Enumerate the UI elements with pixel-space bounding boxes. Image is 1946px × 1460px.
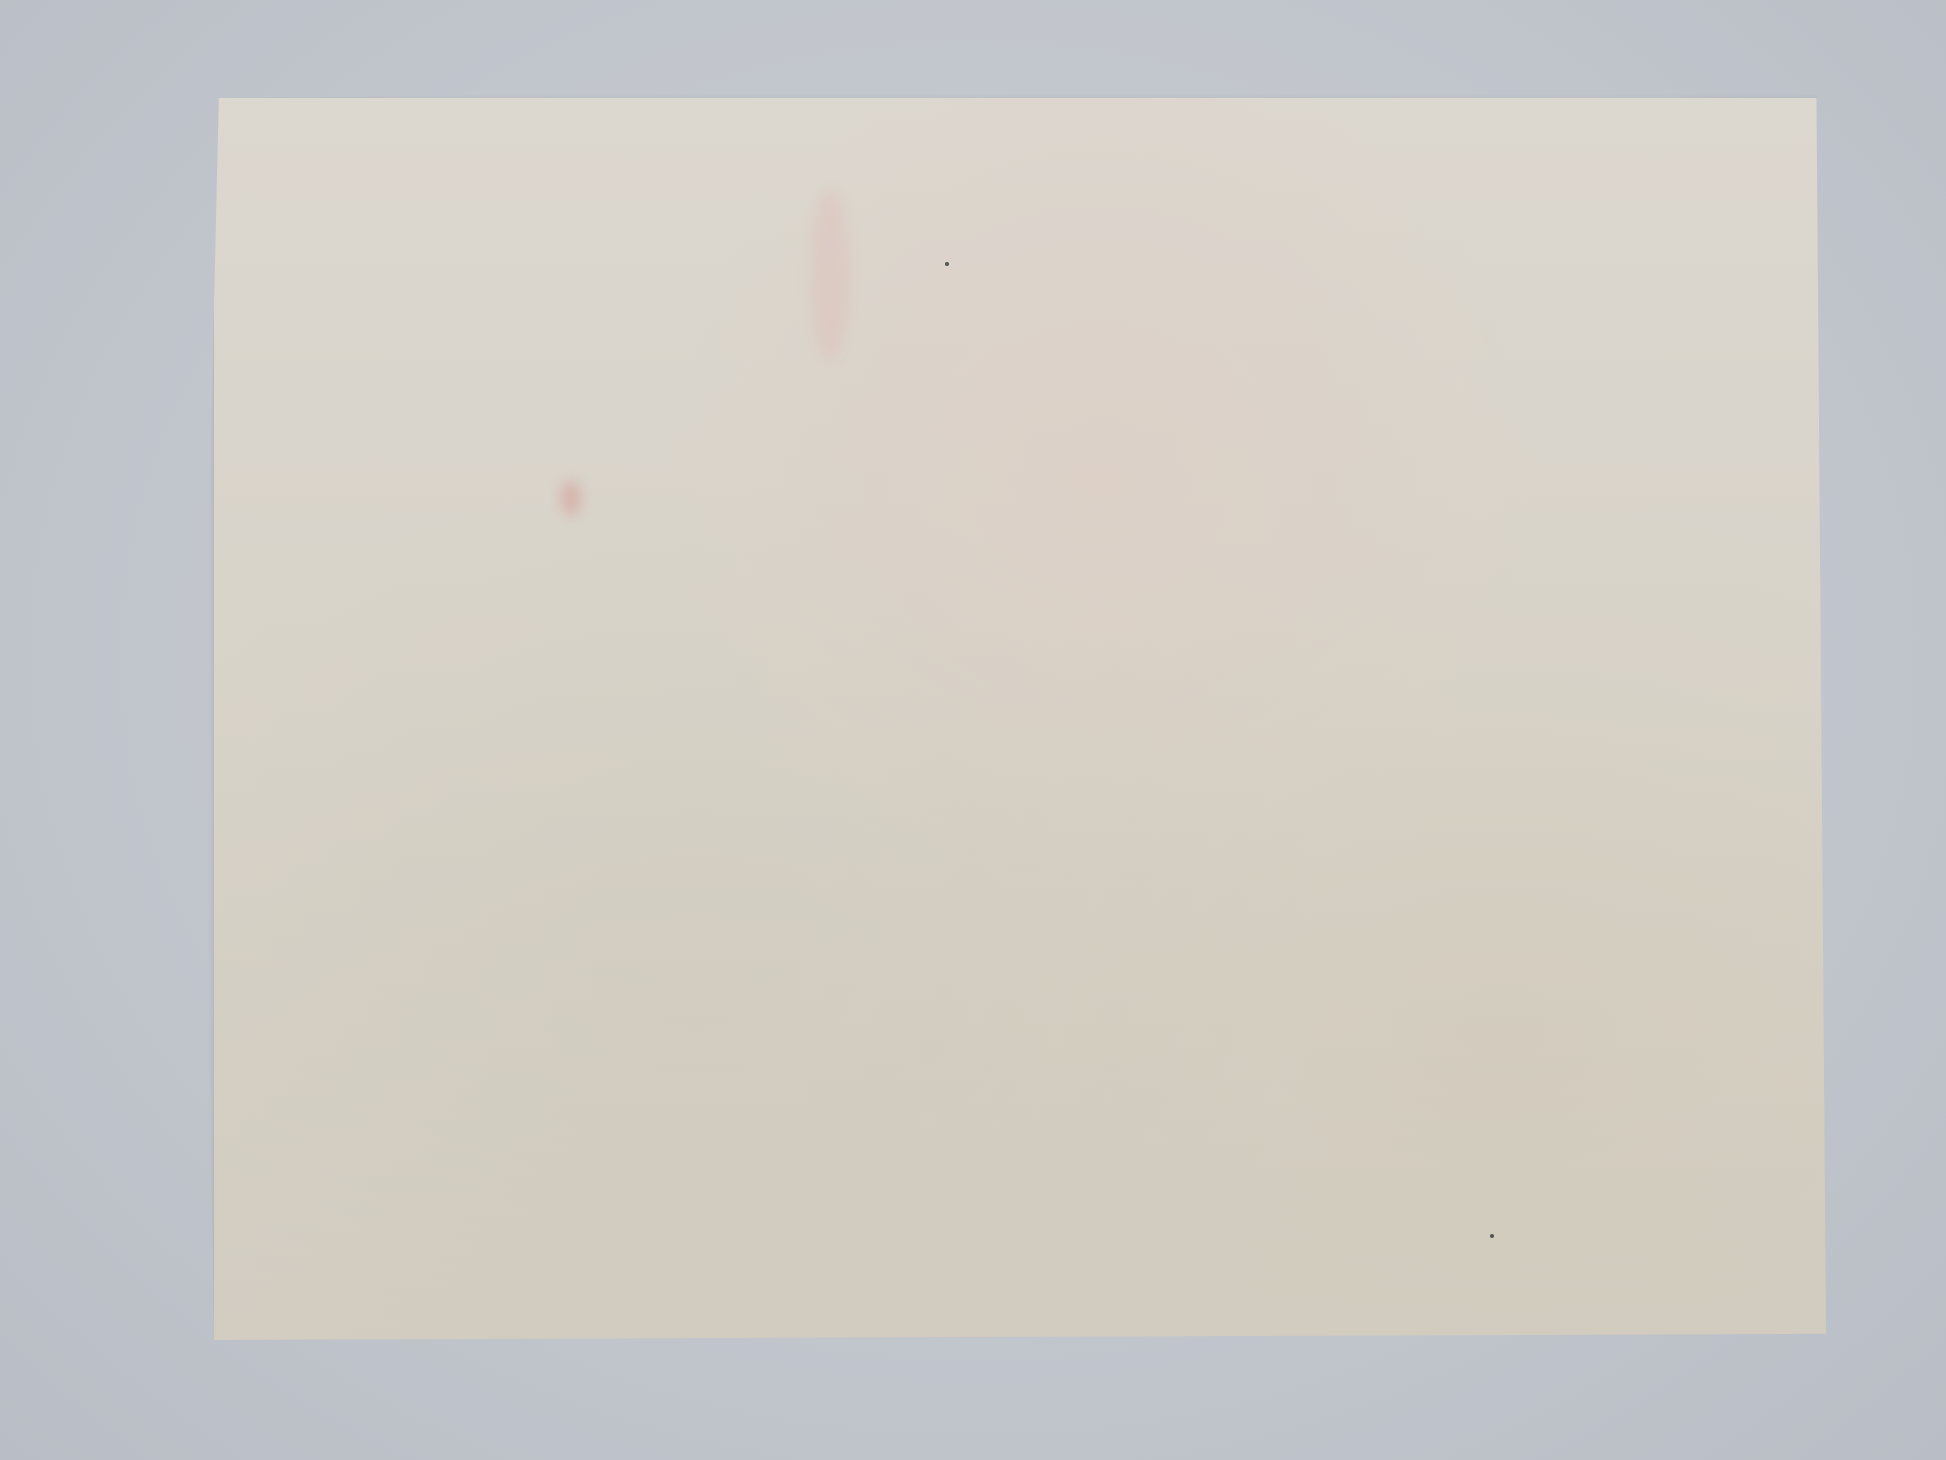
paper-speck: [945, 262, 949, 266]
paper-speck: [1490, 1234, 1494, 1238]
paper-stain: [560, 480, 582, 516]
blank-paper-sheet: [214, 98, 1826, 1340]
background-surface: [0, 0, 1946, 1460]
paper-stain: [810, 190, 850, 360]
